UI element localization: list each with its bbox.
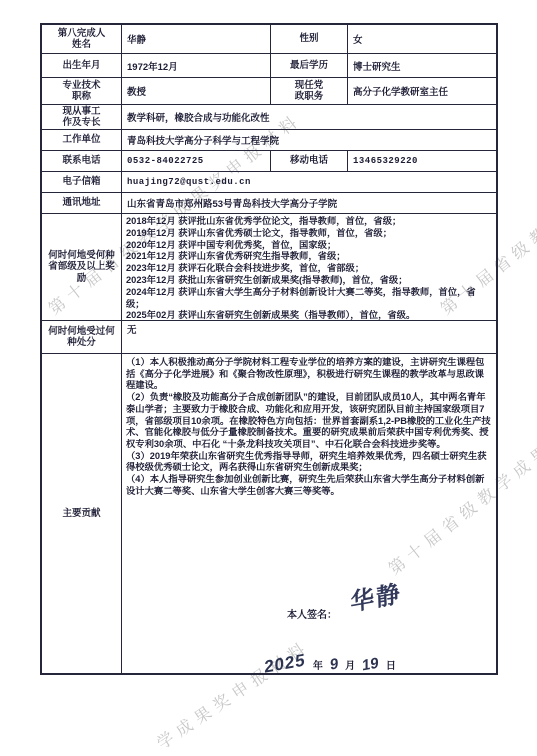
- professional-title-value: 教授: [122, 78, 271, 104]
- handwritten-month: 9: [330, 655, 338, 673]
- last-degree-value: 博士研究生: [348, 54, 496, 77]
- signature-date: 2025年9月19日: [264, 654, 398, 673]
- phone-value: 0532-84022725: [122, 151, 271, 171]
- phone-label: 联系电话: [42, 151, 122, 171]
- professional-title-label: 专业技术 职称: [42, 78, 122, 104]
- day-unit: 日: [386, 661, 396, 672]
- table-row: 通讯地址 山东省青岛市郑州路53号青岛科技大学高分子学院: [42, 193, 496, 214]
- completer-name-label: 第八完成人 姓名: [42, 25, 122, 53]
- document-page: 第十届省级教学成果奖申报材料 第十届省级教学成果奖申报材料 第十届省级教学成果奖…: [0, 0, 537, 756]
- email-label: 电子信箱: [42, 172, 122, 192]
- table-row: 何时何地受何种 省部级及以上奖 励 2018年12月 获评批山东省优秀学位论文，…: [42, 214, 496, 321]
- handwritten-signature: 华静: [350, 573, 402, 617]
- party-post-value: 高分子化学教研室主任: [348, 78, 496, 104]
- gender-label: 性别: [271, 25, 348, 53]
- awards-list: 2018年12月 获评批山东省优秀学位论文，指导教师，首位，省级； 2019年1…: [122, 214, 496, 320]
- handwritten-year: 2025: [264, 650, 305, 673]
- address-label: 通讯地址: [42, 193, 122, 213]
- table-row: 主要贡献 （1）本人积极推动高分子学院材料工程专业学位的培养方案的建设，主讲研究…: [42, 354, 496, 673]
- table-row: 联系电话 0532-84022725 移动电话 13465329220: [42, 151, 496, 172]
- discipline-label: 何时何地受过何 种处分: [42, 321, 122, 353]
- handwritten-day: 19: [362, 654, 378, 673]
- table-row: 工作单位 青岛科技大学高分子科学与工程学院: [42, 130, 496, 151]
- birth-date-value: 1972年12月: [122, 54, 271, 77]
- table-row: 出生年月 1972年12月 最后学历 博士研究生: [42, 54, 496, 78]
- contribution-text: （1）本人积极推动高分子学院材料工程专业学位的培养方案的建设，主讲研究生课程包括…: [126, 357, 491, 497]
- address-value: 山东省青岛市郑州路53号青岛科技大学高分子学院: [122, 193, 496, 213]
- month-unit: 月: [345, 661, 355, 672]
- year-unit: 年: [313, 661, 323, 672]
- work-unit-label: 工作单位: [42, 130, 122, 150]
- signature-label: 本人签名：: [287, 606, 337, 621]
- current-work-value: 教学科研，橡胶合成与功能化改性: [122, 105, 496, 129]
- work-unit-value: 青岛科技大学高分子科学与工程学院: [122, 130, 496, 150]
- table-row: 第八完成人 姓名 华静 性别 女: [42, 25, 496, 54]
- completer-name-value: 华静: [122, 25, 271, 53]
- birth-date-label: 出生年月: [42, 54, 122, 77]
- gender-value: 女: [348, 25, 496, 53]
- mobile-label: 移动电话: [271, 151, 348, 171]
- discipline-value: 无: [122, 321, 496, 353]
- contribution-label: 主要贡献: [42, 354, 122, 673]
- mobile-value: 13465329220: [348, 151, 496, 171]
- awards-label: 何时何地受何种 省部级及以上奖 励: [42, 214, 122, 320]
- awards-value: 2018年12月 获评批山东省优秀学位论文，指导教师，首位，省级； 2019年1…: [122, 214, 496, 320]
- last-degree-label: 最后学历: [271, 54, 348, 77]
- applicant-form-table: 第八完成人 姓名 华静 性别 女 出生年月 1972年12月 最后学历 博士研究…: [40, 23, 498, 675]
- current-work-label: 现从事工 作及专长: [42, 105, 122, 129]
- table-row: 何时何地受过何 种处分 无: [42, 321, 496, 354]
- table-row: 现从事工 作及专长 教学科研，橡胶合成与功能化改性: [42, 105, 496, 130]
- email-value: huajing72@qust.edu.cn: [122, 172, 496, 192]
- table-row: 电子信箱 huajing72@qust.edu.cn: [42, 172, 496, 193]
- table-row: 专业技术 职称 教授 现任党 政职务 高分子化学教研室主任: [42, 78, 496, 105]
- contribution-value: （1）本人积极推动高分子学院材料工程专业学位的培养方案的建设，主讲研究生课程包括…: [122, 354, 496, 673]
- party-post-label: 现任党 政职务: [271, 78, 348, 104]
